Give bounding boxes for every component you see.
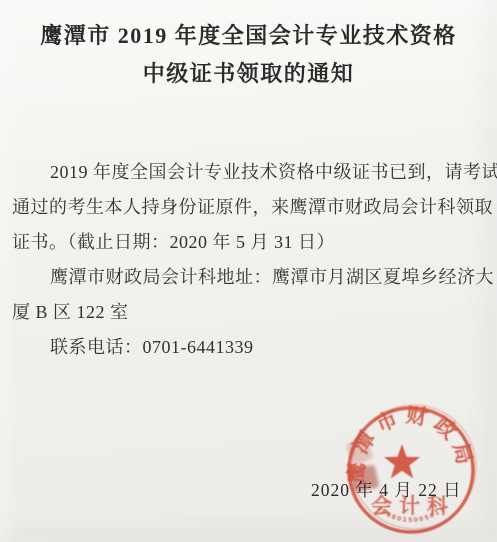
body-line-6: 联系电话：0701-6441339 bbox=[12, 330, 487, 365]
title-line-2: 中级证书领取的通知 bbox=[0, 55, 497, 93]
body-line-5: 厦 B 区 122 室 bbox=[12, 295, 487, 330]
seal-org-arc-text: 鹰潭市财政局 bbox=[345, 403, 478, 484]
seal-ring-ghost bbox=[352, 405, 476, 529]
document-body: 2019 年度全国会计专业技术资格中级证书已到，请考试 通过的考生本人持身份证原… bbox=[12, 155, 487, 365]
body-line-2: 通过的考生本人持身份证原件，来鹰潭市财政局会计科领取 bbox=[12, 190, 487, 225]
body-line-3: 证书。（截止日期：2020 年 5 月 31 日） bbox=[12, 225, 487, 260]
title-line-1: 鹰潭市 2019 年度全国会计专业技术资格 bbox=[0, 17, 497, 55]
body-line-4: 鹰潭市财政局会计科地址：鹰潭市月湖区夏埠乡经济大 bbox=[12, 260, 487, 295]
seal-ink-blot-light bbox=[345, 436, 374, 466]
official-seal: 鹰潭市财政局 会计科 3608015005617 bbox=[335, 400, 497, 542]
notice-document-page: 鹰潭市 2019 年度全国会计专业技术资格 中级证书领取的通知 2019 年度全… bbox=[0, 0, 497, 542]
issue-date: 2020 年 4 月 22 日 bbox=[311, 477, 462, 502]
seal-code-text: 3608015005617 bbox=[375, 505, 446, 524]
body-line-1: 2019 年度全国会计专业技术资格中级证书已到，请考试 bbox=[12, 155, 487, 190]
seal-star-icon bbox=[384, 444, 420, 478]
seal-ring bbox=[349, 408, 473, 532]
document-title: 鹰潭市 2019 年度全国会计专业技术资格 中级证书领取的通知 bbox=[0, 17, 497, 93]
